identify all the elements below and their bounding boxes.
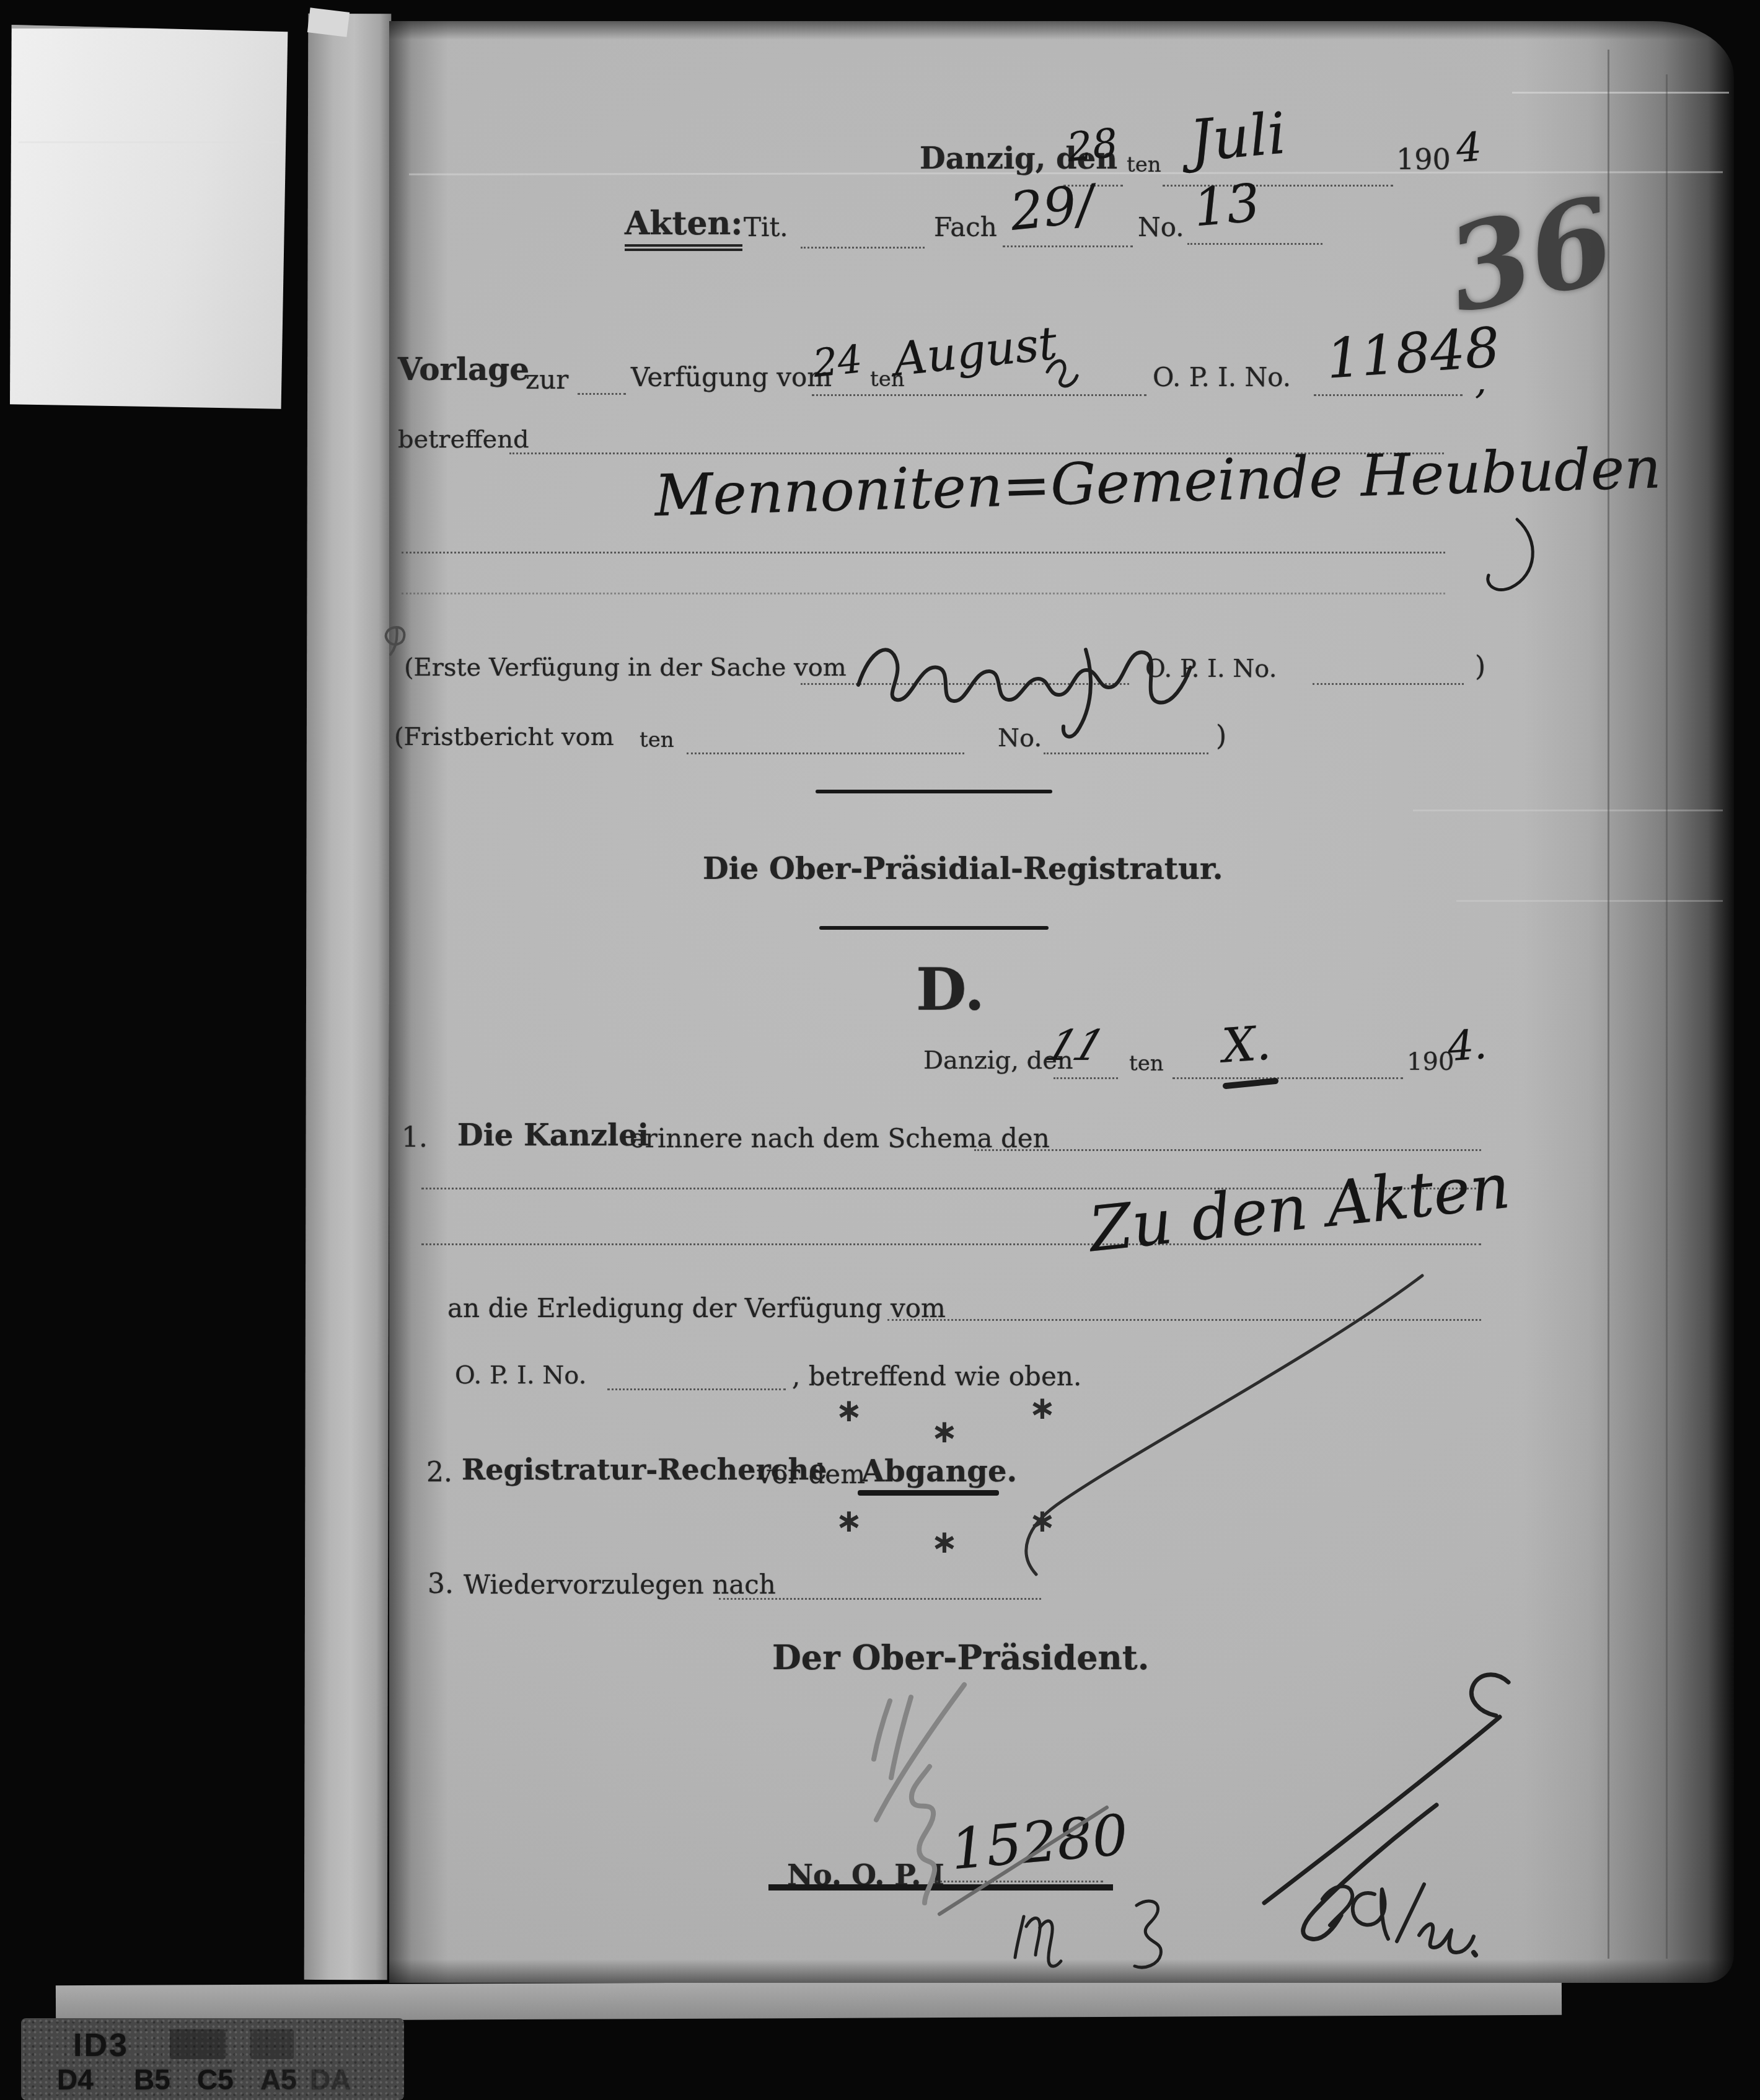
akten-fach-label: Fach (934, 212, 997, 242)
akten-fach-handwritten: 29/ (1007, 173, 1097, 242)
asterisk-ornament: ∗ (1029, 1390, 1056, 1427)
dotted-line (1313, 683, 1464, 685)
dotted-line (421, 1243, 1481, 1245)
vorlage-verfuegung-label: Verfügung vom (631, 362, 832, 392)
dotted-line (1054, 1077, 1118, 1079)
page-edge-strip (304, 14, 392, 1980)
section-divider (816, 790, 1052, 793)
scratch-line (1512, 92, 1729, 94)
asterisk-ornament: ∗ (835, 1392, 863, 1429)
dotted-line (578, 393, 626, 395)
erste-verfuegung-label: (Erste Verfügung in der Sache vom (404, 653, 847, 682)
dotted-line (887, 1319, 1481, 1321)
dateline-ten-label: ten (1127, 152, 1161, 177)
fristbericht-close-paren: ) (1216, 720, 1226, 752)
item1-number: 1. (402, 1122, 428, 1154)
vorlage-day-handwritten: 24 (811, 336, 864, 386)
film-frame-code: ID3 (73, 2027, 129, 2064)
dotted-line (812, 394, 1146, 396)
d-dateline-month-handwritten: X. (1220, 1015, 1272, 1073)
d-dateline-year-digit-handwritten: 4. (1446, 1020, 1488, 1070)
item1-erledigung-text: an die Erledigung der Verfügung vom (447, 1293, 946, 1323)
dateline-year-digit-handwritten: 4 (1454, 125, 1483, 172)
film-frame-code: B5 (134, 2063, 170, 2096)
dateline-day-handwritten: 28 (1065, 120, 1120, 171)
dotted-line (402, 552, 1445, 554)
d-dateline-year-label: 190 (1407, 1048, 1454, 1076)
dotted-line (801, 247, 925, 249)
dotted-line (1173, 1077, 1403, 1079)
dotted-line (974, 1149, 1481, 1151)
film-frame-code: C5 (197, 2063, 234, 2096)
section-divider (819, 926, 1049, 930)
dateline-month-handwritten: Juli (1187, 100, 1289, 174)
dotted-line (687, 752, 964, 754)
fristbericht-ten-label: ten (640, 728, 674, 752)
paper-crease (1666, 74, 1668, 1959)
d-dateline-ten-label: ten (1129, 1051, 1164, 1076)
abgange-underline (858, 1490, 999, 1496)
film-frame-marker: ID3 D4 B5 C5 A5 DA (21, 2018, 404, 2100)
item2-number: 2. (426, 1457, 452, 1488)
erste-close-paren: ) (1475, 651, 1485, 682)
dotted-line (1187, 243, 1322, 245)
dotted-line (1314, 394, 1463, 396)
scratch-line (1413, 810, 1723, 811)
item3-text: Wiedervorzulegen nach (464, 1569, 776, 1600)
dotted-line (402, 593, 1445, 594)
item2-abgange-label: Abgange. (861, 1454, 1017, 1489)
erste-opi-label: O. P. I. No. (1145, 655, 1277, 683)
page-edge-notch (307, 7, 350, 37)
item1-kanzlei-label: Die Kanzlei (457, 1118, 649, 1153)
dotted-line (1044, 752, 1208, 754)
betreffend-label: betreffend (398, 425, 529, 454)
item3-number: 3. (428, 1568, 454, 1600)
president-heading: Der Ober-Präsident. (772, 1638, 1150, 1677)
film-frame-code: DA (310, 2063, 351, 2096)
akten-label: Akten: (625, 205, 742, 251)
registratur-heading: Die Ober-Präsidial-Registratur. (703, 852, 1223, 886)
item1-opi-label: O. P. I. No. (455, 1361, 586, 1390)
vorlage-opi-label: O. P. I. No. (1153, 362, 1291, 392)
item1-opi-text: , betreffend wie oben. (792, 1361, 1081, 1392)
fristbericht-no-label: No. (998, 724, 1042, 752)
film-frame-code: A5 (260, 2063, 297, 2096)
item2-vordem-label: vor dem (757, 1459, 865, 1489)
vorlage-zur-label: zur (526, 364, 568, 395)
footer-underline (768, 1884, 1113, 1890)
vorlage-label: Vorlage (398, 351, 529, 387)
film-frame-code: D4 (57, 2063, 94, 2096)
film-frame-ghost-mark (170, 2029, 226, 2059)
d-initial: D. (916, 956, 985, 1024)
asterisk-ornament: ∗ (931, 1524, 958, 1561)
dotted-line (607, 1388, 786, 1390)
page-fragment (10, 25, 290, 413)
akten-tit-label: Tit. (744, 212, 788, 242)
film-frame-ghost-mark (250, 2029, 294, 2059)
asterisk-ornament: ∗ (1029, 1502, 1056, 1540)
dotted-line (719, 1598, 1041, 1600)
fristbericht-label: (Fristbericht vom (394, 723, 614, 751)
paper-crease (1608, 50, 1609, 1959)
under-page-edge (56, 1979, 1562, 2022)
asterisk-ornament: ∗ (835, 1502, 863, 1540)
scratch-line (19, 141, 279, 143)
dotted-line (801, 683, 1129, 685)
dotted-line (1003, 245, 1133, 247)
dateline-year-label: 190 (1396, 143, 1451, 176)
asterisk-ornament: ∗ (931, 1413, 958, 1450)
scratch-line (1456, 900, 1723, 902)
akten-no-label: No. (1138, 212, 1184, 242)
microfilm-scan: { "doc": { "corner_number": "36", "form"… (0, 0, 1760, 2100)
vorlage-comma-handwritten: , (1475, 360, 1487, 403)
akten-no-handwritten: 13 (1191, 172, 1262, 239)
